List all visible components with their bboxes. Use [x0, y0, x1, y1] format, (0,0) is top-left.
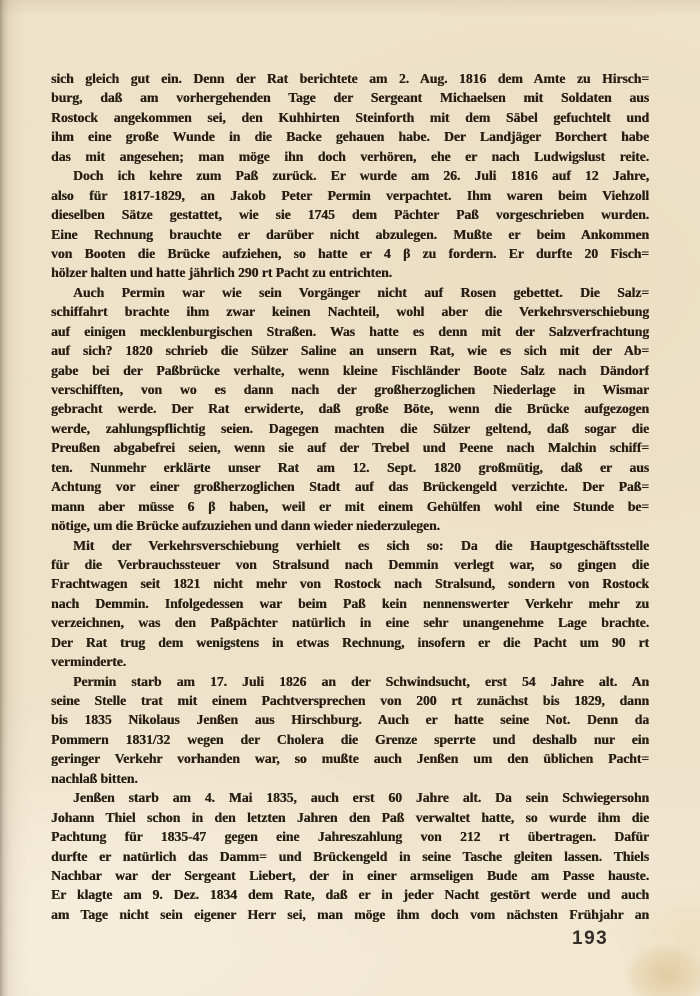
paragraph: Doch ich kehre zum Paß zurück. Er wurde … [51, 166, 649, 283]
text-line: also für 1817-1829, an Jakob Peter Permi… [51, 186, 649, 205]
text-line: nach Demmin. Infolgedessen war beim Paß … [51, 594, 649, 613]
text-line: Pachtung für 1835-47 gegen eine Jahresza… [51, 827, 649, 846]
text-line: Rostock angekommen sei, den Kuhhirten St… [51, 108, 649, 127]
text-line: Jenßen starb am 4. Mai 1835, auch erst 6… [51, 788, 649, 807]
text-line: gebracht werde. Der Rat erwiderte, daß g… [51, 399, 649, 418]
text-line: auf sich? 1820 schrieb die Sülzer Saline… [51, 341, 649, 360]
text-line: mann aber müsse 6 β haben, weil er mit e… [51, 497, 649, 516]
text-line: Frachtwagen seit 1821 nicht mehr von Ros… [51, 574, 649, 593]
text-line: das mit angesehen; man möge ihn doch ver… [51, 147, 649, 166]
text-line: Doch ich kehre zum Paß zurück. Er wurde … [51, 166, 649, 185]
text-line: gabe bei der Paßbrücke verhalte, wenn kl… [51, 361, 649, 380]
text-line: Preußen abgabefrei seien, wenn sie auf d… [51, 438, 649, 457]
text-line: sich gleich gut ein. Denn der Rat berich… [51, 69, 649, 88]
text-line: ten. Nunmehr erklärte unser Rat am 12. S… [51, 458, 649, 477]
text-line: Pommern 1831/32 wegen der Cholera die Gr… [51, 730, 649, 749]
text-line: nötige, um die Brücke aufzuziehen und da… [51, 516, 649, 535]
text-line: verminderte. [51, 652, 649, 671]
text-line: nachlaß bitten. [51, 769, 649, 788]
text-line: burg, daß am vorhergehenden Tage der Ser… [51, 88, 649, 107]
text-line: ihm eine große Wunde in die Backe gehaue… [51, 127, 649, 146]
paragraph: sich gleich gut ein. Denn der Rat berich… [51, 69, 649, 166]
text-line: Nachbar war der Sergeant Liebert, der in… [51, 866, 649, 885]
text-line: durfte er natürlich das Damm= und Brücke… [51, 847, 649, 866]
text-line: dieselben Sätze gestattet, wie sie 1745 … [51, 205, 649, 224]
text-line: schiffahrt brachte ihm zwar keinen Nacht… [51, 302, 649, 321]
text-line: Achtung vor einer großherzoglichen Stadt… [51, 477, 649, 496]
text-line: Der Rat trug dem wenigstens in etwas Rec… [51, 633, 649, 652]
text-line: verschifften, von wo es dann nach der gr… [51, 380, 649, 399]
text-line: Er klagte am 9. Dez. 1834 dem Rate, daß … [51, 885, 649, 904]
text-line: von Booten die Brücke aufziehen, so hatt… [51, 244, 649, 263]
text-line: Johann Thiel schon in den letzten Jahren… [51, 808, 649, 827]
text-line: auf einigen mecklenburgischen Straßen. W… [51, 322, 649, 341]
text-line: Mit der Verkehrsverschiebung verhielt es… [51, 536, 649, 555]
paragraph: Jenßen starb am 4. Mai 1835, auch erst 6… [51, 788, 649, 924]
text-line: Auch Permin war wie sein Vorgänger nicht… [51, 283, 649, 302]
text-line: verzeichnen, was den Paßpächter natürlic… [51, 613, 649, 632]
text-line: Permin starb am 17. Juli 1826 an der Sch… [51, 672, 649, 691]
text-line: für die Verbrauchssteuer von Stralsund n… [51, 555, 649, 574]
text-line: hölzer halten und hatte jährlich 290 rt … [51, 263, 649, 282]
text-line: werde, zahlungspflichtig seien. Dagegen … [51, 419, 649, 438]
paragraph: Mit der Verkehrsverschiebung verhielt es… [51, 536, 649, 672]
text-line: Eine Rechnung brauchte er darüber nicht … [51, 225, 649, 244]
page-text-block: sich gleich gut ein. Denn der Rat berich… [51, 69, 649, 924]
text-line: geringer Verkehr vorhanden war, so mußte… [51, 749, 649, 768]
paragraph: Permin starb am 17. Juli 1826 an der Sch… [51, 672, 649, 789]
text-line: seine Stelle trat mit einem Pachtverspre… [51, 691, 649, 710]
text-line: bis 1835 Nikolaus Jenßen aus Hirschburg.… [51, 710, 649, 729]
page-number: 193 [572, 928, 608, 950]
text-line: am Tage nicht sein eigener Herr sei, man… [51, 905, 649, 924]
book-page: sich gleich gut ein. Denn der Rat berich… [0, 0, 700, 996]
paragraph: Auch Permin war wie sein Vorgänger nicht… [51, 283, 649, 536]
